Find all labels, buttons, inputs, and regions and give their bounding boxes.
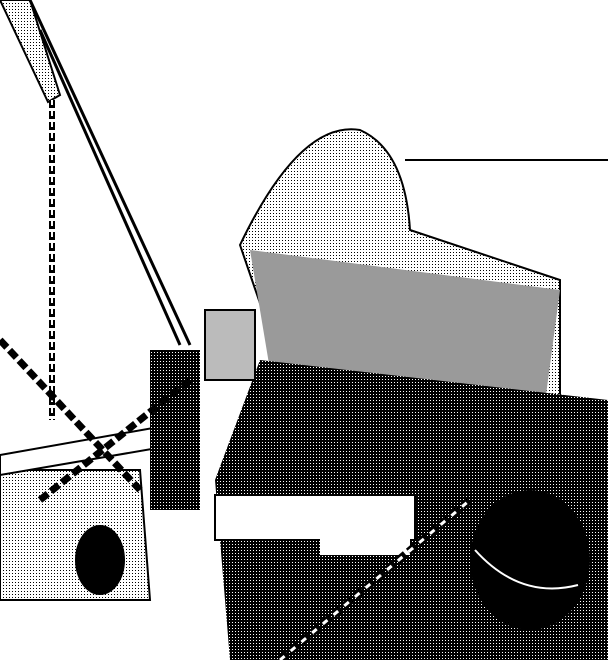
tow-boom bbox=[0, 0, 190, 345]
car-wheel bbox=[470, 490, 590, 630]
photo-illustration bbox=[0, 0, 608, 660]
photo-tow-truck bbox=[0, 0, 608, 660]
license-plate bbox=[205, 310, 255, 380]
